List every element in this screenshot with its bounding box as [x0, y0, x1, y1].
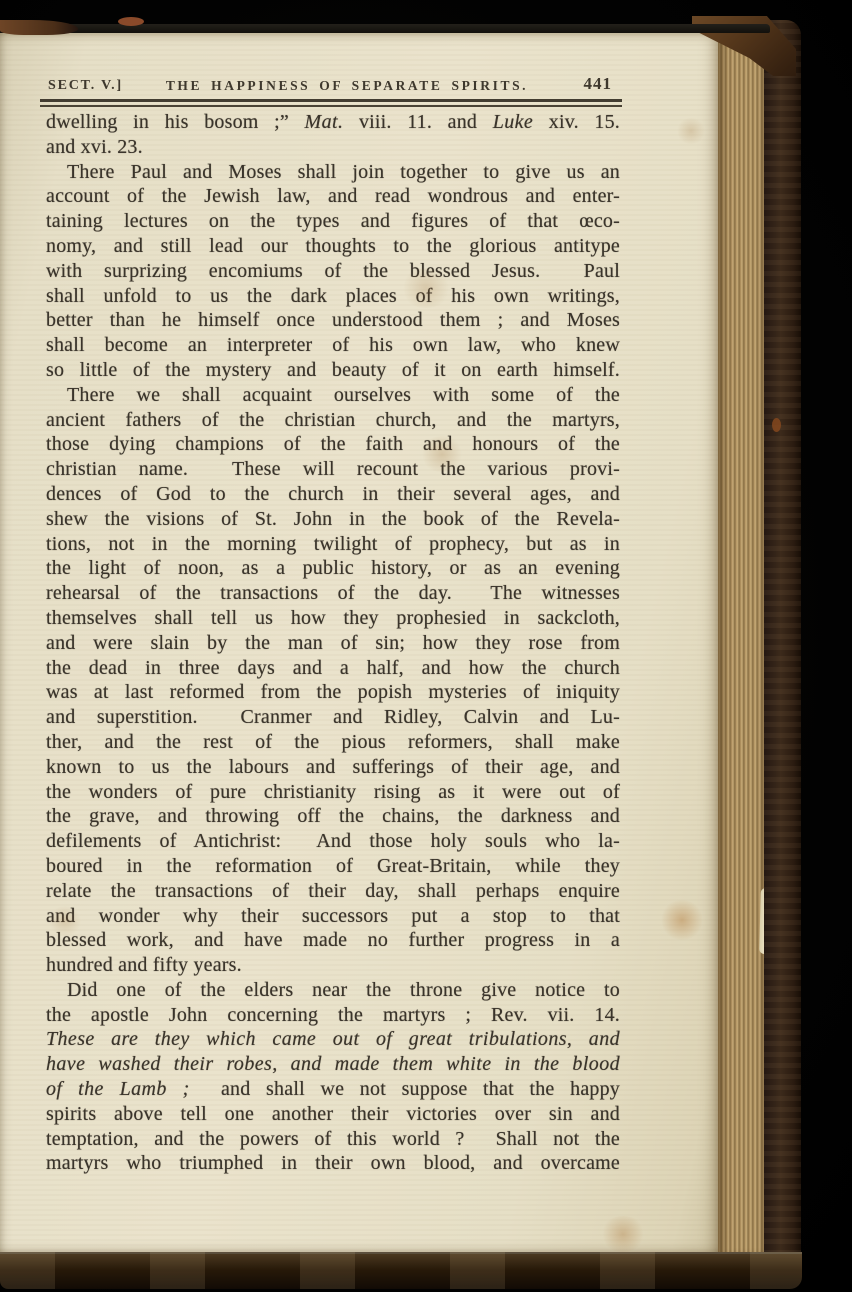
- text-line: There we shall acquaint ourselves with s…: [46, 383, 620, 408]
- text-line: taining lectures on the types and figure…: [46, 209, 620, 234]
- text-line: have washed their robes, and made them w…: [46, 1052, 620, 1077]
- text-line: tions, not in the morning twilight of pr…: [46, 532, 620, 557]
- text-line: the dead in three days and a half, and h…: [46, 656, 620, 681]
- text-line: These are they which came out of great t…: [46, 1027, 620, 1052]
- text-line: was at last reformed from the popish mys…: [46, 680, 620, 705]
- book-top-edge: [0, 24, 770, 33]
- text-line: the wonders of pure christianity rising …: [46, 780, 620, 805]
- book-photo: SECT. V.] THE HAPPINESS OF SEPARATE SPIR…: [0, 0, 852, 1292]
- text-line: nomy, and still lead our thoughts to the…: [46, 234, 620, 259]
- running-title: THE HAPPINESS OF SEPARATE SPIRITS.: [60, 78, 634, 94]
- text-line: with surprizing encomiums of the blessed…: [46, 259, 620, 284]
- cover-corner-left-speck: [118, 17, 144, 26]
- text-line: and wonder why their successors put a st…: [46, 904, 620, 929]
- text-line: dwelling in his bosom ;” Mat. viii. 11. …: [46, 110, 620, 135]
- text-line: shall become an interpreter of his own l…: [46, 333, 620, 358]
- text-line: dences of God to the church in their sev…: [46, 482, 620, 507]
- text-line: and were slain by the man of sin; how th…: [46, 631, 620, 656]
- text-line: better than he himself once understood t…: [46, 308, 620, 333]
- text-line: hundred and fifty years.: [46, 953, 620, 978]
- text-line: and superstition. Cranmer and Ridley, Ca…: [46, 705, 620, 730]
- text-line: those dying champions of the faith and h…: [46, 432, 620, 457]
- text-line: account of the Jewish law, and read wond…: [46, 184, 620, 209]
- text-line: ancient fathers of the christian church,…: [46, 408, 620, 433]
- book-bottom-edge: [0, 1252, 802, 1289]
- text-line: the grave, and throwing off the chains, …: [46, 804, 620, 829]
- text-line: spirits above tell one another their vic…: [46, 1102, 620, 1127]
- text-line: temptation, and the powers of this world…: [46, 1127, 620, 1152]
- text-line: blessed work, and have made no further p…: [46, 928, 620, 953]
- page-header: SECT. V.] THE HAPPINESS OF SEPARATE SPIR…: [46, 74, 620, 98]
- text-line: and xvi. 23.: [46, 135, 620, 160]
- text-line: the light of noon, as a public history, …: [46, 556, 620, 581]
- text-line: rehearsal of the transactions of the day…: [46, 581, 620, 606]
- text-line: known to us the labours and sufferings o…: [46, 755, 620, 780]
- text-line: themselves shall tell us how they prophe…: [46, 606, 620, 631]
- text-line: Did one of the elders near the throne gi…: [46, 978, 620, 1003]
- book-fore-edge: [718, 30, 768, 1256]
- text-line: shall unfold to us the dark places of hi…: [46, 284, 620, 309]
- header-rule: [40, 99, 622, 107]
- text-line: ther, and the rest of the pious reformer…: [46, 730, 620, 755]
- text-line: relate the transactions of their day, sh…: [46, 879, 620, 904]
- text-line: martyrs who triumphed in their own blood…: [46, 1151, 620, 1176]
- page-number: 441: [584, 74, 613, 94]
- text-line: boured in the reformation of Great-Brita…: [46, 854, 620, 879]
- text-line: defilements of Antichrist: And those hol…: [46, 829, 620, 854]
- text-line: so little of the mystery and beauty of i…: [46, 358, 620, 383]
- page-body: dwelling in his bosom ;” Mat. viii. 11. …: [46, 110, 620, 1176]
- book-cover-edge: [764, 20, 801, 1288]
- text-line: shew the visions of St. John in the book…: [46, 507, 620, 532]
- text-line: christian name. These will recount the v…: [46, 457, 620, 482]
- text-line: There Paul and Moses shall join together…: [46, 160, 620, 185]
- text-line: the apostle John concerning the martyrs …: [46, 1003, 620, 1028]
- cover-speck: [772, 418, 781, 432]
- book-page: SECT. V.] THE HAPPINESS OF SEPARATE SPIR…: [0, 30, 720, 1256]
- cover-corner-left: [0, 20, 78, 35]
- text-line: of the Lamb ; and shall we not suppose t…: [46, 1077, 620, 1102]
